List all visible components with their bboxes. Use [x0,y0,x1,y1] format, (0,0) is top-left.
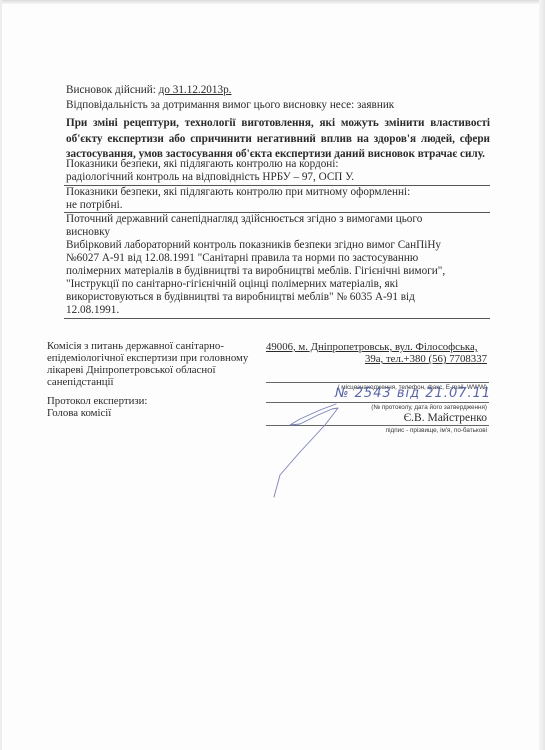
scan-edge-left [0,0,2,750]
protocol-line [266,402,489,403]
protocol-caption: (№ протоколу, дата його затвердження) [371,404,487,411]
supervision-line: №6027 А-91 від 12.08.1991 "Санітарні пра… [66,252,418,265]
head-label: Голова комісії [47,407,111,420]
warning-paragraph: При зміні рецептури, технології виготовл… [66,116,490,163]
responsibility-line: Відповідальність за дотримання вимог цьо… [66,99,394,112]
supervision-line: використовуються в будівництві та виробн… [66,291,415,304]
scan-edge-right [539,0,545,750]
warning-line: При зміні рецептури, технології виготовл… [66,116,490,132]
signature-line [266,425,489,426]
supervision-line: 12.08.1991. [66,304,119,317]
supervision-line: полімерних матеріалів в будівництві та в… [66,265,445,278]
customs-control-value: не потрібні. [66,199,123,212]
border-control-value: радіологічний контроль на відповідність … [66,171,354,184]
supervision-line: висновку [66,226,110,239]
address-blank-line [266,382,489,383]
supervision-line: Поточний державний санепіднагляд здійсню… [66,213,422,226]
supervision-line: "Інструкції по санітарно-гігієнічній оці… [66,278,398,291]
scan-edge-top [0,0,545,4]
handwritten-protocol: № 2543 від 21.07.11 [335,387,491,400]
divider [64,318,490,319]
signature-caption: підпис - прізвище, ім'я, по-батькові [386,427,487,434]
warning-line: об'єкту експертизи або спричинити негати… [66,132,490,148]
address-line: 39а, тел.+380 (56) 7708337 [365,353,487,366]
commission-line: санепідстанції [47,376,114,389]
supervision-line: Вибірковий лабораторний контроль показни… [66,239,441,252]
validity-value: до 31.12.2013р. [159,84,232,96]
border-control-label: Показники безпеки, які підлягають контро… [66,158,339,171]
head-name: Є.В. Майстренко [404,412,487,425]
validity-label: Висновок дійсний: [66,84,156,96]
customs-control-label: Показники безпеки, які підлягають контро… [66,186,410,199]
validity-line: Висновок дійсний: до 31.12.2013р. [66,84,231,97]
